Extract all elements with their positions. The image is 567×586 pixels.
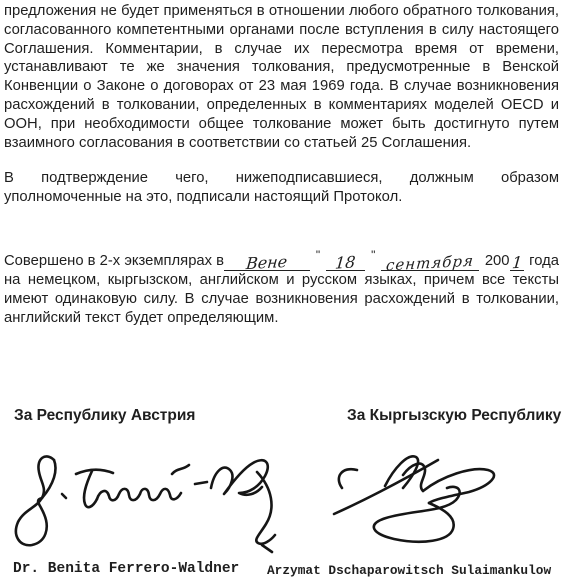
- text-line: уполномоченные на это, подписали настоящ…: [4, 188, 559, 207]
- text-line: ООН, при необходимости общее толкование …: [4, 115, 559, 134]
- ferrero-waldner-signature-image: [6, 450, 278, 556]
- kyrgyz-signatory-name: Arzymat Dschaparowitsch Sulaimankulow: [267, 562, 551, 581]
- text-line: взаимного согласования в соответствии со…: [4, 134, 559, 153]
- scanned-protocol-page: предложения не будет применяться в отнош…: [0, 0, 567, 586]
- kyrgyz-signature-heading: За Кыргызскую Республику: [347, 407, 561, 426]
- date-place-line: Совершено в 2-х экземплярах в Вене " 18 …: [4, 249, 559, 271]
- paragraph-witness: В подтверждение чего, нижеподписавшиеся,…: [4, 169, 559, 207]
- text-line: английский текст будет определяющим.: [4, 309, 559, 328]
- text-line: В подтверждение чего, нижеподписавшиеся,…: [4, 169, 559, 188]
- austria-signature-heading: За Республику Австрия: [14, 407, 195, 426]
- city-blank: Вене: [224, 250, 310, 271]
- close-quote: ": [371, 246, 375, 265]
- text-line: согласованного компетентными органами по…: [4, 21, 559, 40]
- fill-line-suffix: года: [529, 252, 559, 271]
- austria-signatory-name: Dr. Benita Ferrero-Waldner: [13, 560, 239, 579]
- day-blank: 18: [326, 250, 365, 271]
- text-line: расхождений в толковании, определенных в…: [4, 96, 559, 115]
- year-digit-handwriting: 1: [511, 255, 523, 272]
- text-line: предложения не будет применяться в отнош…: [4, 2, 559, 21]
- text-line: устанавливают те же значения толкования,…: [4, 58, 559, 77]
- sulaimankulow-signature-image: [330, 444, 512, 548]
- paragraph-execution: Совершено в 2-х экземплярах в Вене " 18 …: [4, 249, 559, 327]
- text-line: на немецком, кыргызском, английском и ру…: [4, 271, 559, 290]
- city-handwriting: Вене: [246, 254, 289, 272]
- day-handwriting: 18: [335, 254, 357, 271]
- fill-line-prefix: Совершено в 2-х экземплярах в: [4, 252, 224, 271]
- paragraph-interpretation: предложения не будет применяться в отнош…: [4, 2, 559, 152]
- open-quote: ": [316, 246, 320, 265]
- text-line: Соглашения. Комментарии, в случае их пер…: [4, 40, 559, 59]
- text-line: имеют одинаковую силу. В случае возникно…: [4, 290, 559, 309]
- text-line: Конвенции о Законе о договорах от 23 мая…: [4, 77, 559, 96]
- month-blank: сентября: [381, 250, 478, 271]
- year-prefix: 200: [485, 252, 510, 271]
- year-digit-blank: 1: [510, 250, 525, 271]
- month-handwriting: сентября: [385, 253, 474, 274]
